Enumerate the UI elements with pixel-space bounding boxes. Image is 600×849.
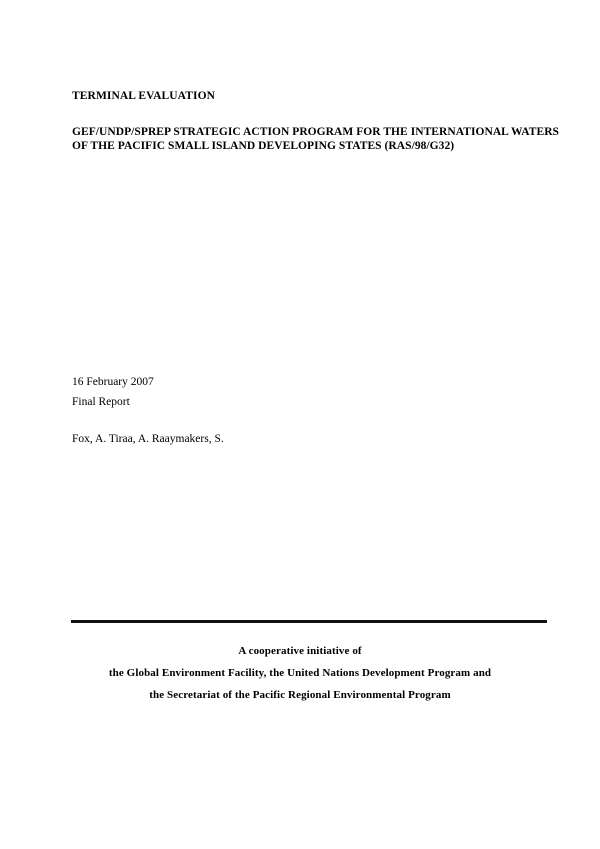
report-authors: Fox, A. Tiraa, A. Raaymakers, S. xyxy=(72,433,224,445)
footer-line-3: the Secretariat of the Pacific Regional … xyxy=(0,689,600,701)
footer-line-2: the Global Environment Facility, the Uni… xyxy=(0,667,600,679)
document-label: TERMINAL EVALUATION xyxy=(72,90,215,102)
title-line-1: GEF/UNDP/SPREP STRATEGIC ACTION PROGRAM … xyxy=(72,125,559,139)
report-type: Final Report xyxy=(72,396,130,408)
footer-line-1: A cooperative initiative of xyxy=(0,645,600,657)
report-date: 16 February 2007 xyxy=(72,376,154,388)
horizontal-rule xyxy=(71,620,547,623)
document-title: GEF/UNDP/SPREP STRATEGIC ACTION PROGRAM … xyxy=(72,125,559,153)
title-line-2: OF THE PACIFIC SMALL ISLAND DEVELOPING S… xyxy=(72,139,559,153)
